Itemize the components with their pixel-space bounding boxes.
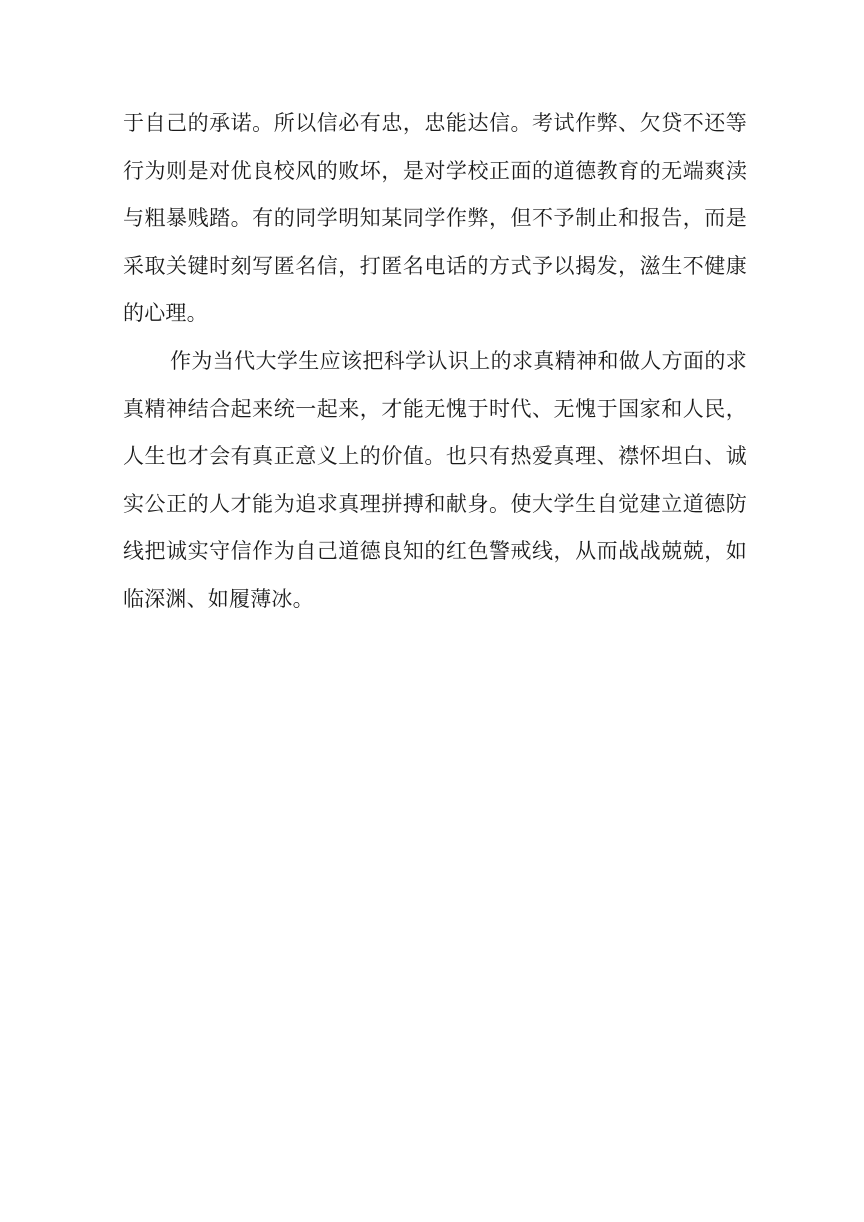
document-page: 于自己的承诺。所以信必有忠，忠能达信。考试作弊、欠贷不还等行为则是对优良校风的败…: [0, 0, 864, 1222]
paragraph-body: 作为当代大学生应该把科学认识上的求真精神和做人方面的求真精神结合起来统一起来，才…: [123, 338, 747, 624]
paragraph-continuation: 于自己的承诺。所以信必有忠，忠能达信。考试作弊、欠贷不还等行为则是对优良校风的败…: [123, 100, 747, 338]
